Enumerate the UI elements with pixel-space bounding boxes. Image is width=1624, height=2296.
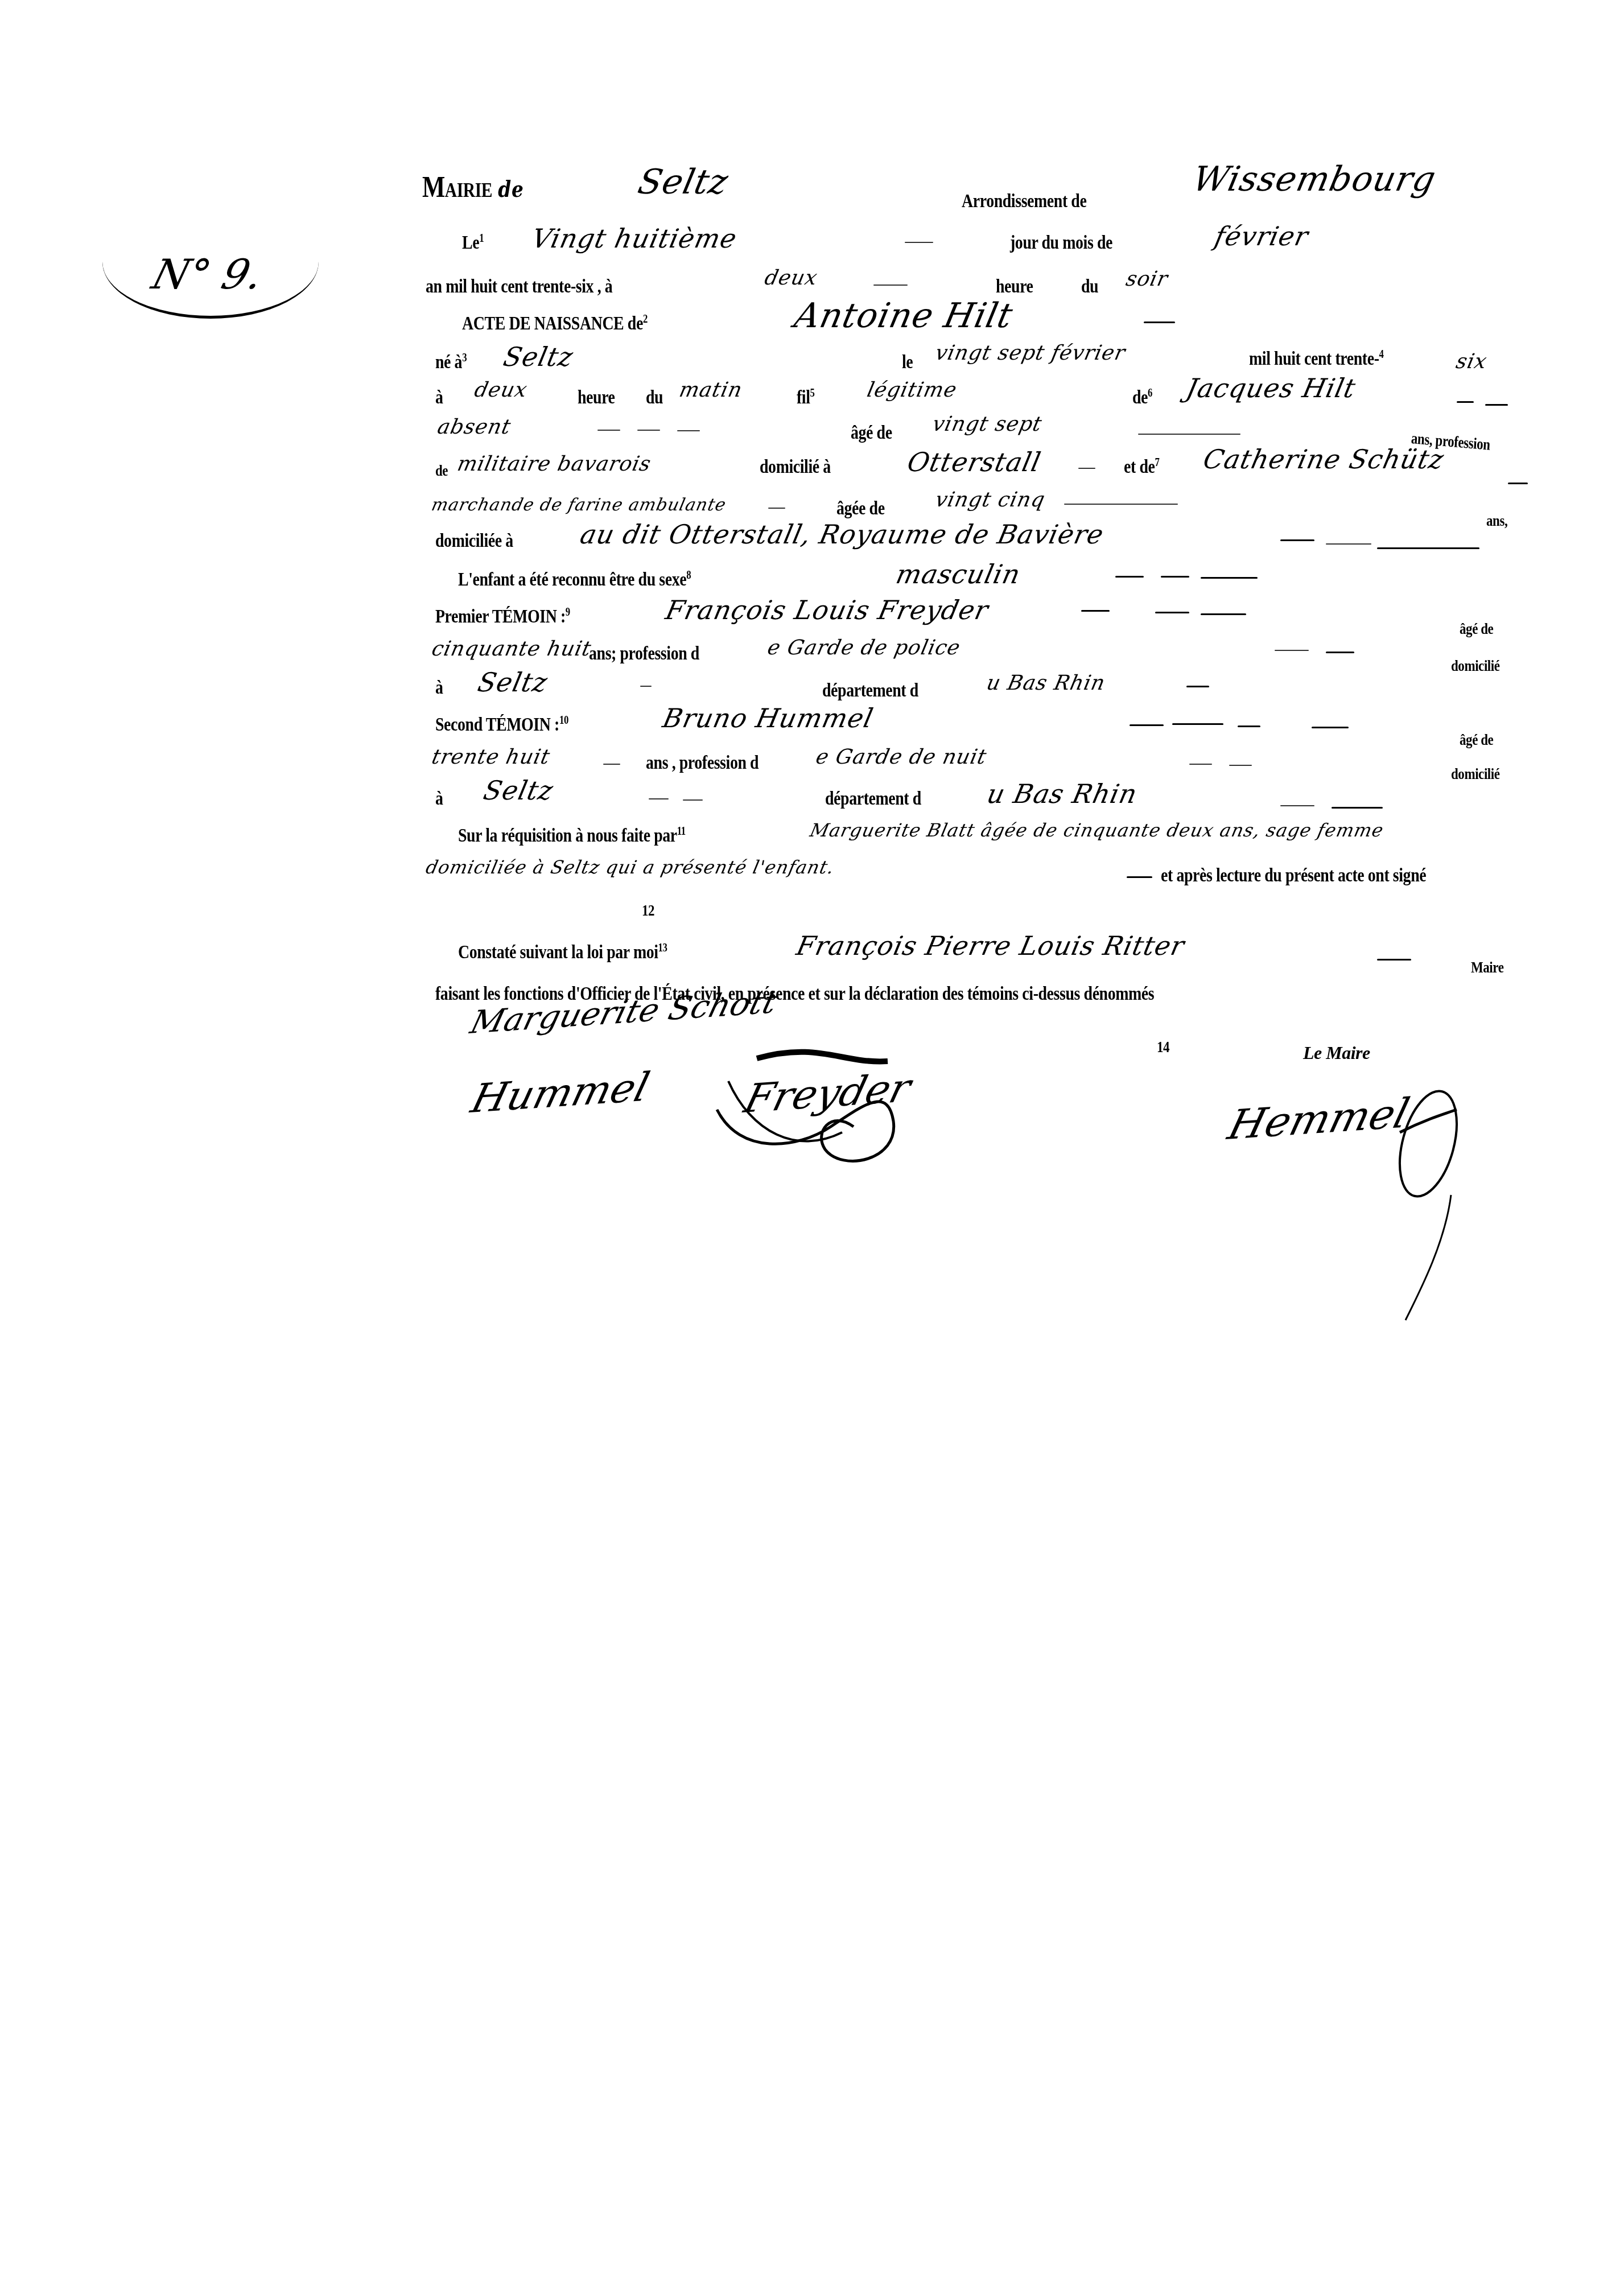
- note-14: 14: [1157, 1038, 1169, 1057]
- sexe-label: L'enfant a été reconnu être du sexe8: [458, 569, 691, 591]
- second-temoin-departement-label: département d: [825, 788, 921, 810]
- father-domicile: Otterstall: [905, 447, 1044, 477]
- de-text: de: [1132, 387, 1148, 408]
- fill-dash: [1189, 764, 1212, 765]
- note-8: 8: [686, 569, 691, 582]
- mother-profession: marchande de farine ambulante: [430, 495, 728, 515]
- premier-temoin-departement: u Bas Rhin: [984, 671, 1107, 695]
- officer-name: François Pierre Louis Ritter: [794, 930, 1188, 961]
- fill-dash: [1326, 652, 1354, 653]
- declarant-line-1: Marguerite Blatt âgée de cinquante deux …: [808, 819, 1386, 841]
- le-maire-label: Le Maire: [1303, 1042, 1370, 1064]
- fill-dash: [603, 764, 620, 765]
- month-value: février: [1212, 221, 1312, 252]
- mother-ans-label: ans,: [1486, 512, 1507, 530]
- second-temoin-label: Second TÉMOIN :10: [435, 714, 568, 736]
- de-label: de6: [1132, 387, 1152, 409]
- birth-year-label: mil huit cent trente-4: [1249, 348, 1384, 370]
- fill-dash: [768, 508, 785, 509]
- fill-dash: [637, 430, 660, 431]
- fil-label: fil5: [797, 387, 815, 409]
- sexe-text: L'enfant a été reconnu être du sexe: [458, 569, 686, 590]
- fill-dash: [1186, 686, 1209, 687]
- note-13: 13: [658, 942, 667, 954]
- fill-dash: [1280, 539, 1314, 541]
- fill-dash: [1161, 576, 1189, 578]
- mairie-text: Mairie: [422, 171, 492, 204]
- requisition-label: Sur la réquisition à nous faite par11: [458, 825, 686, 847]
- note-1: 1: [479, 232, 484, 245]
- birth-hour: deux: [472, 378, 530, 402]
- mother-age: vingt cinq: [933, 488, 1048, 512]
- fill-dash: [873, 285, 908, 286]
- fill-dash: [1201, 613, 1246, 615]
- fill-dash: [1238, 726, 1260, 727]
- premier-temoin-departement-label: département d: [822, 680, 918, 702]
- et-de-text: et de: [1124, 456, 1155, 477]
- fill-dash: [1144, 321, 1175, 323]
- temoin2-signature: Hummel: [467, 1064, 654, 1122]
- premier-temoin-label: Premier TÉMOIN :9: [435, 606, 570, 628]
- premier-temoin-domicile-label: domicilié: [1451, 657, 1500, 675]
- mother-domicile-label: domiciliée à: [435, 530, 513, 552]
- fill-dash: [597, 430, 620, 431]
- constate-text: Constaté suivant la loi par moi: [458, 942, 658, 963]
- father-status: absent: [435, 415, 513, 439]
- fill-dash: [1130, 724, 1164, 726]
- note-10: 10: [559, 714, 568, 727]
- note-11: 11: [677, 825, 686, 838]
- note-12: 12: [642, 902, 654, 920]
- fill-dash: [1508, 483, 1528, 484]
- year-label: an mil huit cent trente-six , à: [426, 276, 612, 298]
- second-temoin-text: Second TÉMOIN :: [435, 714, 559, 735]
- mother-age-label: âgée de: [836, 498, 885, 520]
- note-3: 3: [462, 352, 467, 364]
- second-temoin-domicile: Seltz: [481, 775, 557, 806]
- father-age: vingt sept: [930, 413, 1044, 436]
- ne-a-label: né à3: [435, 352, 467, 373]
- fill-dash: [1332, 807, 1383, 809]
- second-temoin-profession: e Garde de nuit: [814, 745, 989, 769]
- fill-dash: [1127, 876, 1152, 878]
- father-name: Jacques Hilt: [1184, 373, 1359, 403]
- birth-record-page: N° 9. Mairie de Seltz Arrondissement de …: [0, 0, 1624, 2296]
- fill-dash: [683, 799, 703, 801]
- le-text: Le: [462, 232, 479, 253]
- fill-dash: [1081, 610, 1110, 612]
- period-value: soir: [1124, 267, 1170, 291]
- year-text: mil huit cent trente-: [1249, 348, 1379, 369]
- second-temoin-age-label: âgé de: [1460, 731, 1493, 749]
- fill-dash: [1172, 723, 1223, 725]
- fill-dash: [649, 798, 669, 799]
- mother-name: Catherine Schütz: [1201, 444, 1447, 475]
- day-value: Vingt huitième: [529, 223, 740, 254]
- declarant-line-2: domiciliée à Seltz qui a présenté l'enfa…: [424, 856, 836, 878]
- sexe-value: masculin: [893, 559, 1024, 590]
- heure-label: heure: [996, 276, 1033, 298]
- fill-dash: [1377, 959, 1411, 961]
- fil-text: fil: [797, 387, 810, 408]
- father-age-label: âgé de: [851, 422, 892, 444]
- hour-value: deux: [762, 266, 820, 290]
- fill-dash: [1326, 543, 1371, 545]
- birth-year-value: six: [1454, 350, 1489, 373]
- fill-dash: [1485, 404, 1508, 406]
- mairie-de-text: de: [498, 176, 524, 203]
- note-7: 7: [1155, 456, 1159, 469]
- father-domicile-label: domicilié à: [760, 456, 831, 478]
- constate-label: Constaté suivant la loi par moi13: [458, 942, 667, 963]
- jour-du-mois-label: jour du mois de: [1010, 232, 1112, 254]
- fill-dash: [640, 686, 652, 687]
- fill-dash: [1275, 650, 1309, 651]
- a-label-4: à: [435, 788, 443, 810]
- mother-et-de-label: et de7: [1124, 456, 1159, 478]
- profession-prefix: de: [435, 462, 448, 480]
- lecture-label: et après lecture du présent acte ont sig…: [1161, 865, 1426, 887]
- signature-flourish-icon: [706, 1041, 945, 1172]
- maire-label: Maire: [1471, 959, 1503, 977]
- margin-note-number: N° 9.: [147, 250, 269, 298]
- arrondissement-label: Arrondissement de: [962, 191, 1086, 212]
- fill-dash: [1229, 765, 1252, 766]
- fill-dash: [1078, 468, 1095, 469]
- note-5: 5: [810, 387, 815, 399]
- fill-dash: [1201, 577, 1258, 579]
- fill-dash: [1115, 576, 1144, 578]
- margin-note: N° 9.: [102, 250, 319, 324]
- second-temoin-departement: u Bas Rhin: [984, 778, 1140, 809]
- fill-dash: [1457, 401, 1474, 403]
- requisition-text: Sur la réquisition à nous faite par: [458, 825, 677, 846]
- premier-temoin-domicile: Seltz: [475, 667, 551, 698]
- maire-signature-flourish-icon: [1366, 1081, 1502, 1332]
- le-label: le: [902, 352, 913, 373]
- note-9: 9: [566, 606, 570, 619]
- premier-temoin-profession: e Garde de police: [765, 636, 963, 659]
- birth-period: matin: [677, 378, 744, 402]
- commune-name: Seltz: [634, 162, 732, 202]
- child-name: Antoine Hilt: [791, 296, 1016, 336]
- birth-date: vingt sept février: [933, 341, 1128, 365]
- note-6: 6: [1148, 387, 1152, 399]
- filiation: légitime: [865, 378, 959, 402]
- note-2: 2: [643, 313, 648, 325]
- fill-dash: [1138, 434, 1240, 435]
- heure-label-2: heure: [578, 387, 615, 409]
- arrondissement-name: Wissembourg: [1189, 159, 1440, 199]
- father-profession: militaire bavarois: [455, 452, 653, 476]
- fill-dash: [677, 430, 700, 431]
- acte-label: ACTE DE NAISSANCE de2: [462, 313, 648, 335]
- premier-temoin-name: François Louis Freyder: [663, 595, 991, 625]
- birth-place: Seltz: [501, 341, 576, 372]
- acte-text: ACTE DE NAISSANCE de: [462, 313, 643, 334]
- date-le-label: Le1: [462, 232, 484, 254]
- second-temoin-name: Bruno Hummel: [660, 703, 876, 733]
- fill-dash: [1280, 805, 1314, 806]
- second-temoin-age: trente huit: [430, 745, 552, 769]
- second-temoin-domicile-label: domicilié: [1451, 765, 1500, 784]
- premier-temoin-text: Premier TÉMOIN :: [435, 606, 566, 627]
- fill-dash: [1312, 727, 1349, 728]
- fill-dash: [905, 242, 933, 243]
- du-label-2: du: [646, 387, 663, 409]
- premier-temoin-profession-label: ans; profession d: [589, 643, 699, 665]
- a-label: à: [435, 387, 443, 409]
- second-temoin-profession-label: ans , profession d: [646, 752, 759, 774]
- a-label-3: à: [435, 677, 443, 699]
- ne-a-text: né à: [435, 352, 462, 373]
- fill-dash: [1155, 612, 1189, 613]
- fill-dash: [1377, 547, 1479, 549]
- note-4: 4: [1379, 348, 1384, 361]
- fill-dash: [1064, 504, 1178, 505]
- mother-domicile: au dit Otterstall, Royaume de Bavière: [578, 519, 1107, 550]
- premier-temoin-age: cinquante huit: [430, 637, 593, 661]
- du-label: du: [1081, 276, 1098, 298]
- mairie-label: Mairie de: [422, 171, 524, 204]
- premier-temoin-age-label: âgé de: [1460, 620, 1493, 638]
